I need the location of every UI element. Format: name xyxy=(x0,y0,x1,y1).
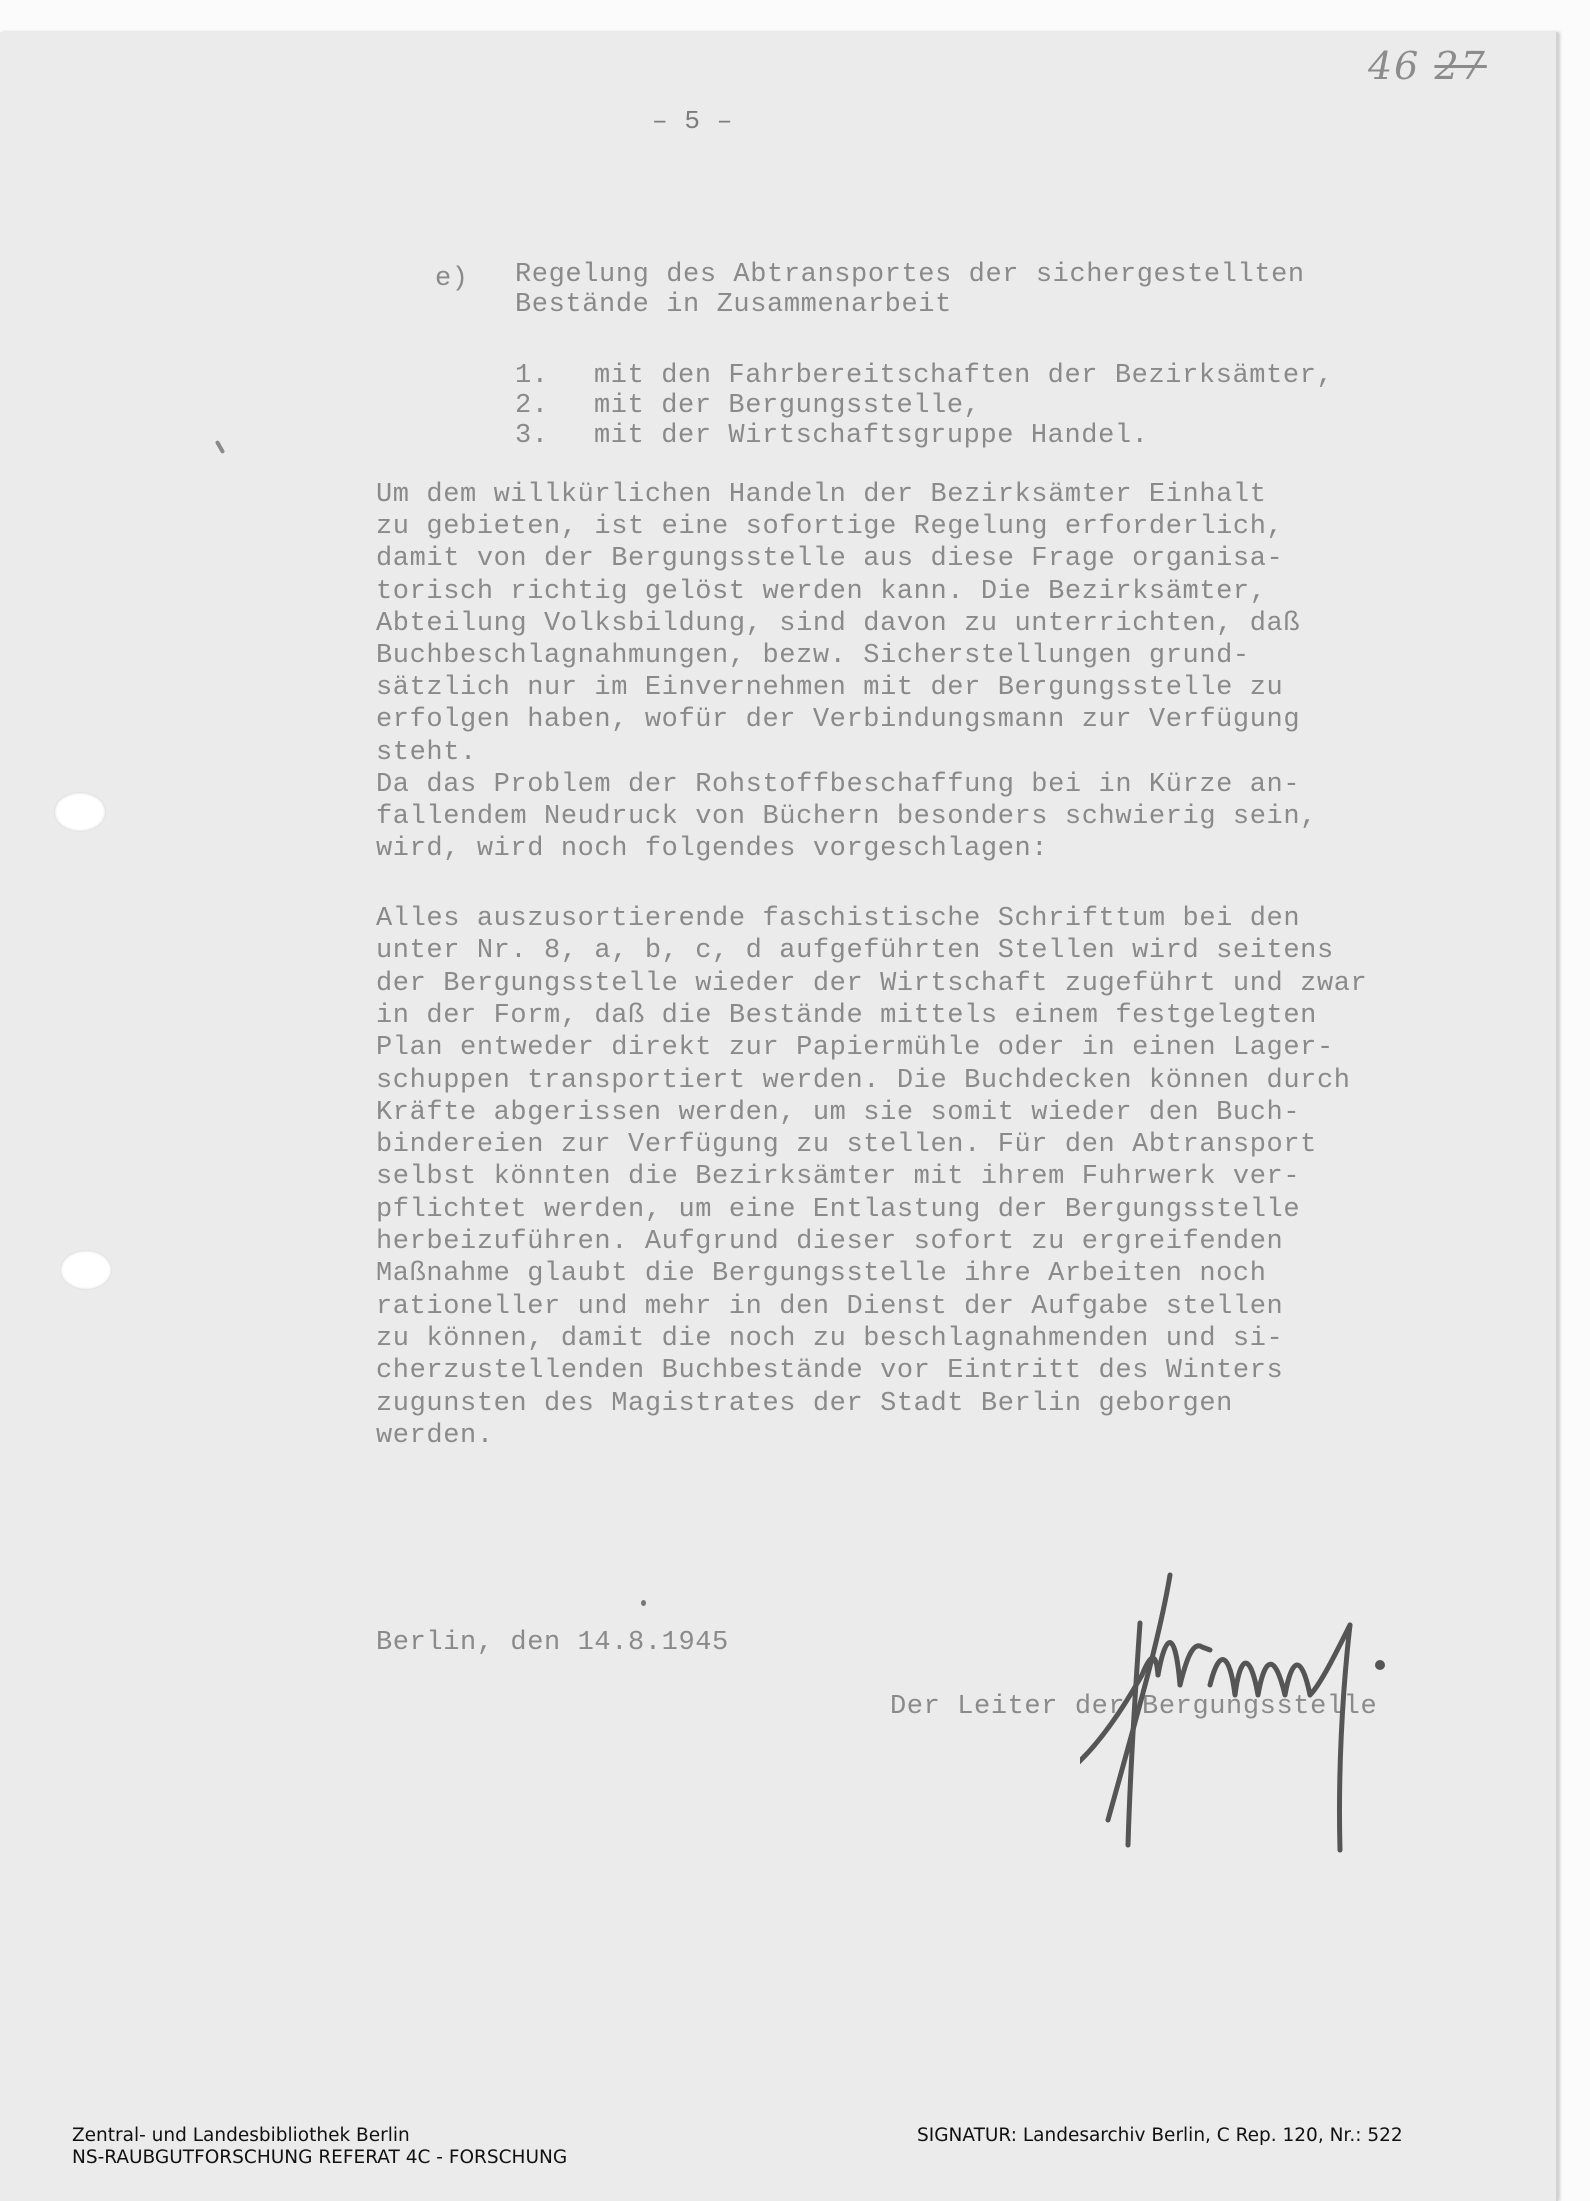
ink-speck xyxy=(215,440,225,454)
text-line: in der Form, daß die Bestände mittels ei… xyxy=(376,1003,1317,1030)
section-heading-line: Regelung des Abtransportes der sicherges… xyxy=(515,262,1305,289)
text-line: rationeller und mehr in den Dienst der A… xyxy=(376,1294,1283,1321)
list-item-number: 2. xyxy=(515,393,549,420)
text-line: fallendem Neudruck von Büchern besonders… xyxy=(376,804,1317,831)
text-line: schuppen transportiert werden. Die Buchd… xyxy=(376,1068,1351,1095)
text-line: herbeizuführen. Aufgrund dieser sofort z… xyxy=(376,1229,1283,1256)
handwritten-signature xyxy=(1080,1555,1480,1855)
folio-current: 46 xyxy=(1368,44,1420,88)
list-item-number: 3. xyxy=(515,423,549,450)
text-line: Plan entweder direkt zur Papiermühle ode… xyxy=(376,1035,1334,1062)
archive-folio-number: 46 27 xyxy=(1368,44,1487,88)
text-line: Abteilung Volksbildung, sind davon zu un… xyxy=(376,611,1300,638)
punch-hole-lower xyxy=(60,1250,112,1290)
section-heading-line: Bestände in Zusammenarbeit xyxy=(515,292,952,319)
footer-signatur: SIGNATUR: Landesarchiv Berlin, C Rep. 12… xyxy=(917,2125,1403,2147)
place-and-date: Berlin, den 14.8.1945 xyxy=(376,1630,729,1657)
text-line: cherzustellenden Buchbestände vor Eintri… xyxy=(376,1358,1283,1385)
text-line: Kräfte abgerissen werden, um sie somit w… xyxy=(376,1100,1300,1127)
list-item-text: mit der Wirtschaftsgruppe Handel. xyxy=(594,423,1149,450)
text-line: zugunsten des Magistrates der Stadt Berl… xyxy=(376,1391,1233,1418)
text-line: Da das Problem der Rohstoffbeschaffung b… xyxy=(376,772,1300,799)
text-line: erfolgen haben, wofür der Verbindungsman… xyxy=(376,707,1300,734)
text-line: Maßnahme glaubt die Bergungsstelle ihre … xyxy=(376,1261,1267,1288)
list-item-number: 1. xyxy=(515,363,549,390)
footer-department: NS-RAUBGUTFORSCHUNG REFERAT 4C - FORSCHU… xyxy=(72,2147,567,2169)
text-line: bindereien zur Verfügung zu stellen. Für… xyxy=(376,1132,1317,1159)
text-line: der Bergungsstelle wieder der Wirtschaft… xyxy=(376,971,1367,998)
punch-hole-upper xyxy=(54,792,106,832)
text-line: wird, wird noch folgendes vorgeschlagen: xyxy=(376,836,1048,863)
text-line: selbst könnten die Bezirksämter mit ihre… xyxy=(376,1164,1300,1191)
text-line: Alles auszusortierende faschistische Sch… xyxy=(376,906,1300,933)
section-marker: e) xyxy=(435,266,469,293)
text-line: werden. xyxy=(376,1423,494,1450)
page-number: – 5 – xyxy=(652,108,733,134)
text-line: damit von der Bergungsstelle aus diese F… xyxy=(376,546,1283,573)
text-line: unter Nr. 8, a, b, c, d aufgeführten Ste… xyxy=(376,938,1334,965)
text-line: torisch richtig gelöst werden kann. Die … xyxy=(376,579,1267,606)
text-line: pflichtet werden, um eine Entlastung der… xyxy=(376,1197,1300,1224)
text-line: zu gebieten, ist eine sofortige Regelung… xyxy=(376,514,1283,541)
list-item-text: mit der Bergungsstelle, xyxy=(594,393,980,420)
footer-library-name: Zentral- und Landesbibliothek Berlin xyxy=(72,2125,410,2147)
text-line: sätzlich nur im Einvernehmen mit der Ber… xyxy=(376,675,1283,702)
ink-speck xyxy=(641,1600,646,1606)
text-line: steht. xyxy=(376,740,477,767)
text-line: zu können, damit die noch zu beschlagnah… xyxy=(376,1326,1283,1353)
list-item-text: mit den Fahrbereitschaften der Bezirksäm… xyxy=(594,363,1333,390)
folio-struck: 27 xyxy=(1434,44,1486,88)
text-line: Buchbeschlagnahmungen, bezw. Sicherstell… xyxy=(376,643,1250,670)
text-line: Um dem willkürlichen Handeln der Bezirks… xyxy=(376,482,1267,509)
